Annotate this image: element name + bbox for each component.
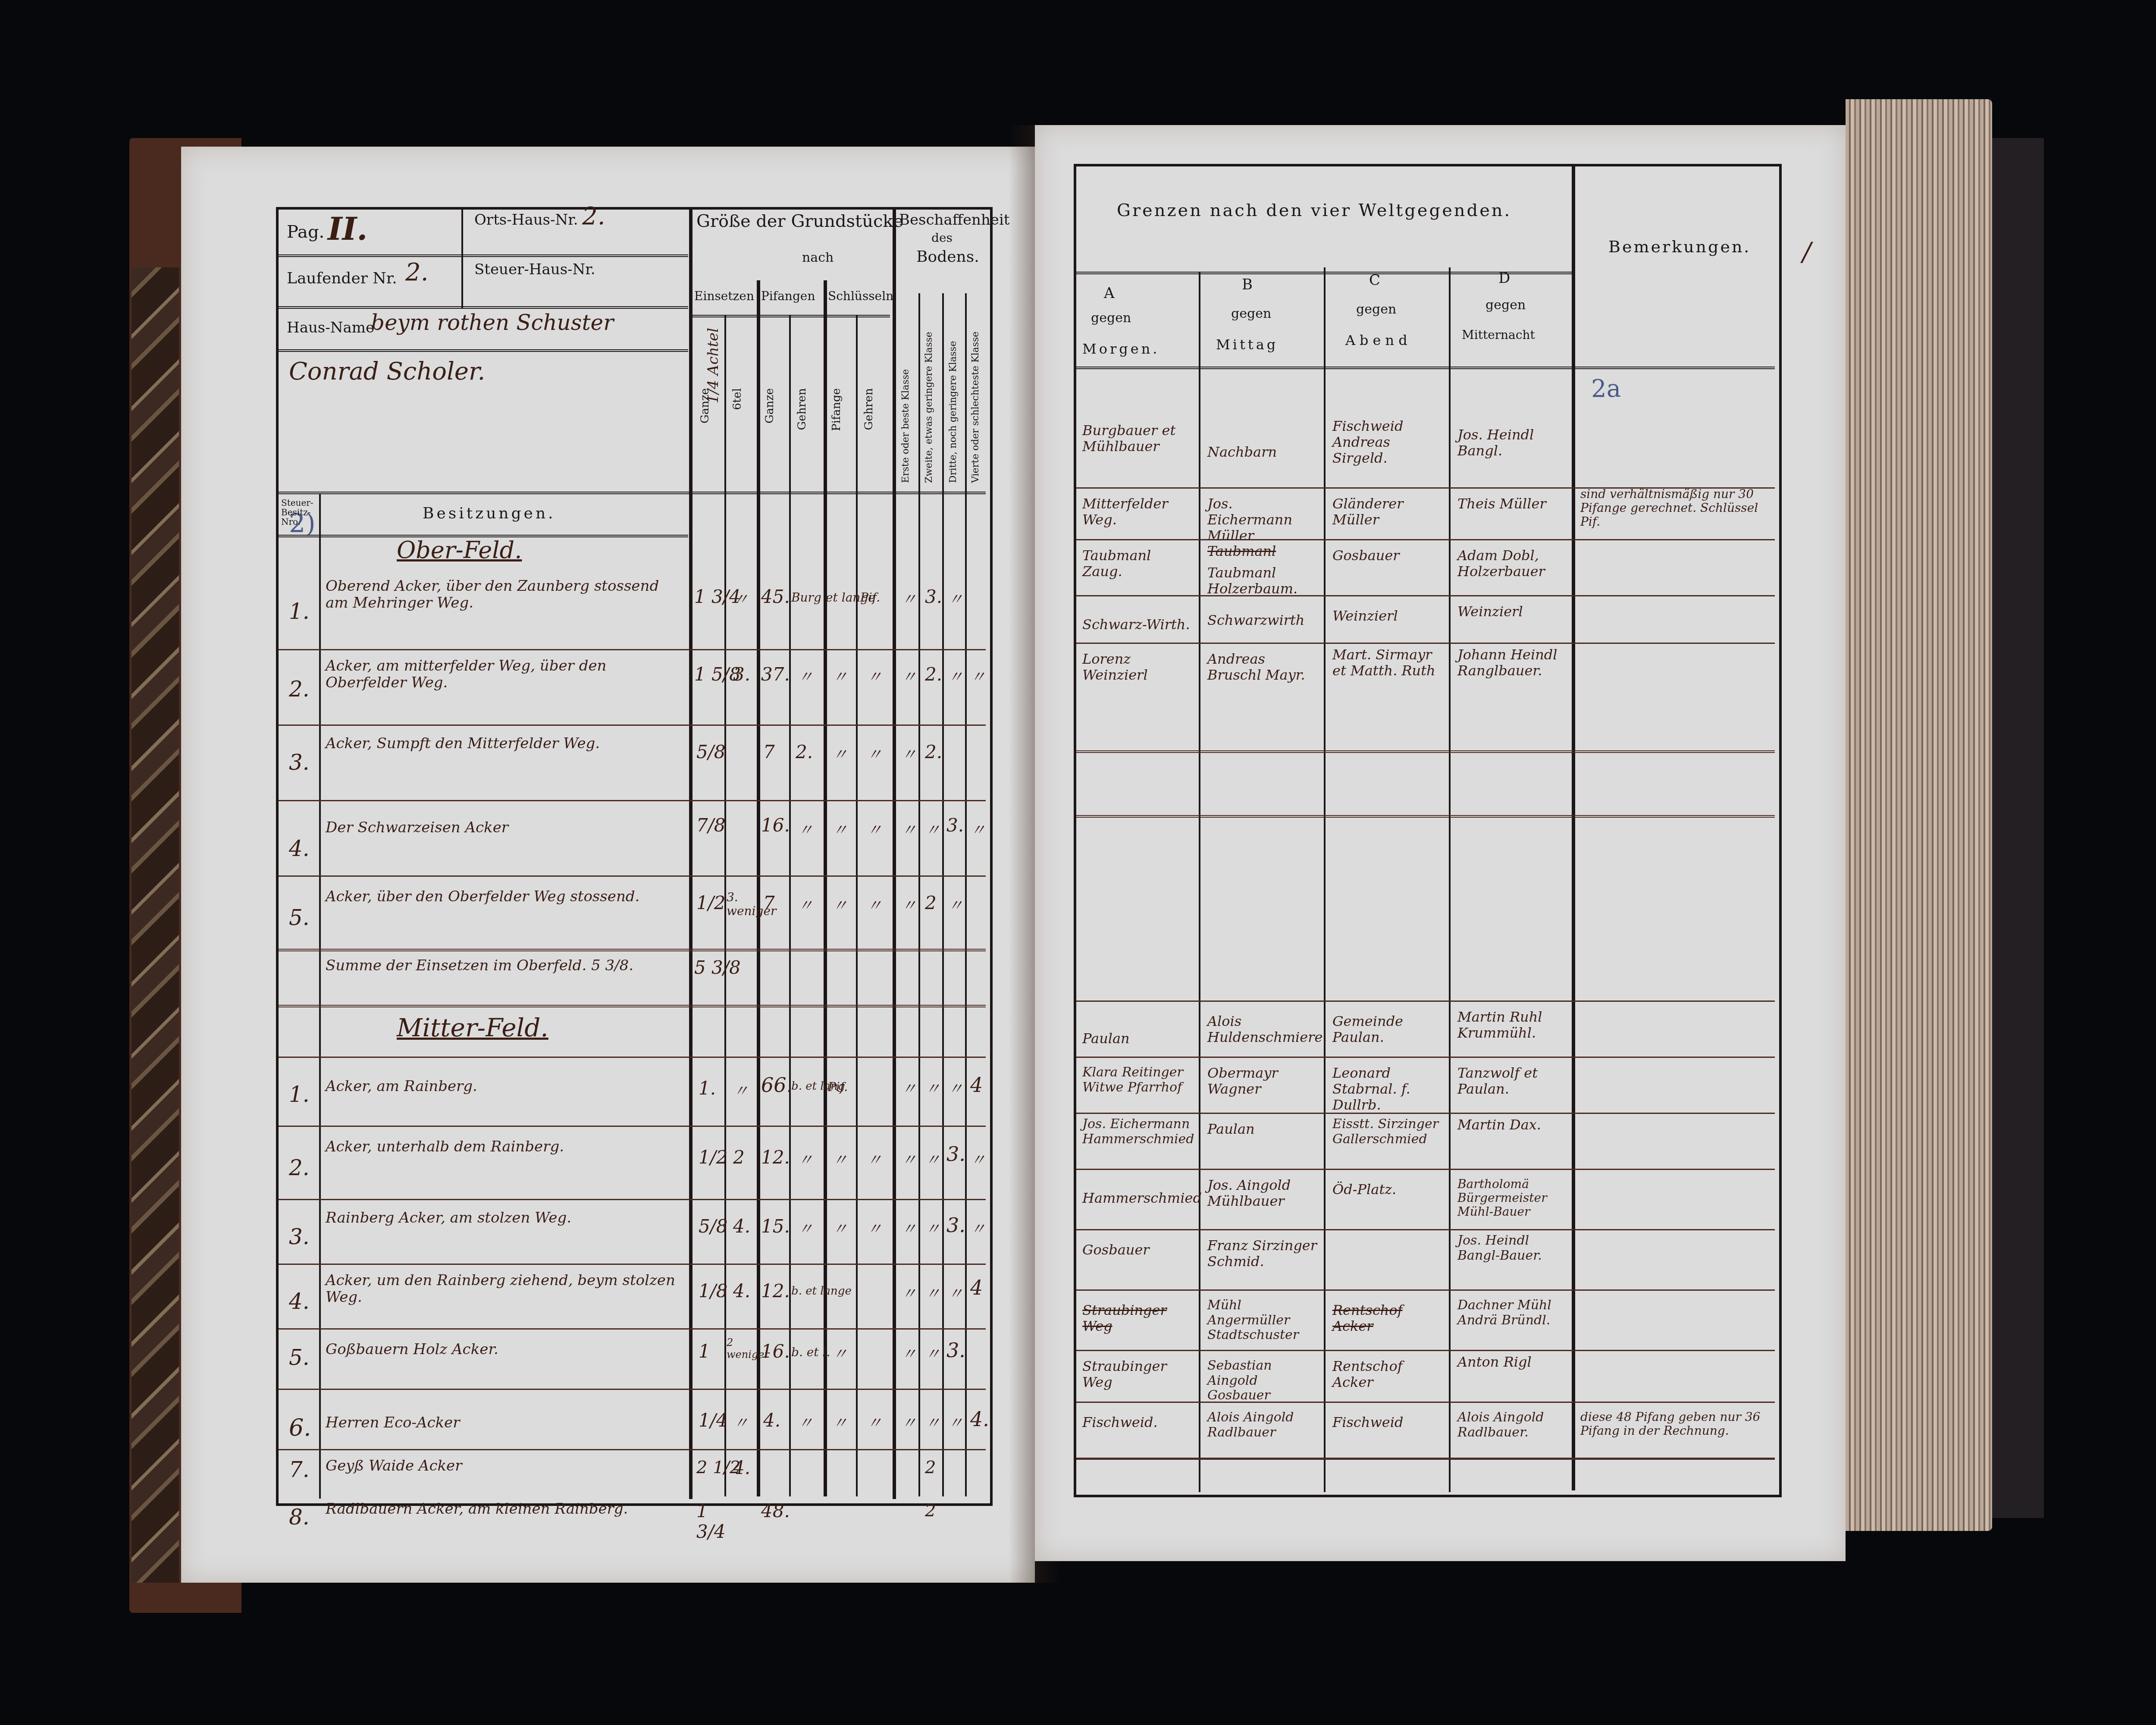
remark: diese 48 Pifang geben nur 36 Pifang in d… xyxy=(1580,1410,1770,1438)
row-rule xyxy=(1076,1000,1775,1002)
row-k2: 2. xyxy=(925,742,942,762)
soil-title-3: Bodens. xyxy=(916,248,979,266)
row-k1: 〃 xyxy=(901,1345,917,1363)
row-einsetzen: 1/8 xyxy=(699,1281,728,1302)
row-k2: 〃 xyxy=(925,1220,940,1238)
row-k1: 〃 xyxy=(901,591,917,608)
border-b: Mühl Angermüller Stadtschuster xyxy=(1207,1298,1319,1343)
laufender-nr-value: 2. xyxy=(405,259,428,286)
soil-class-1: Erste oder beste Klasse xyxy=(900,293,911,483)
row-k3: 3. xyxy=(946,815,964,836)
row-pif-ganze: 7 xyxy=(763,742,775,762)
header-divider xyxy=(279,306,688,309)
col-b-letter: B xyxy=(1242,276,1253,293)
haus-name-label: Haus-Name xyxy=(287,319,374,336)
group-pifangen: Pifangen xyxy=(761,289,815,303)
ganze-annotation: 1/4 Achtel xyxy=(705,328,722,404)
row-desc: Acker, um den Rainberg ziehend, beym sto… xyxy=(326,1272,683,1306)
row-k3: 〃 xyxy=(948,1414,963,1432)
border-b: Franz Sirzinger Schmid. xyxy=(1207,1238,1319,1270)
row-einsetzen: 1 3/4 xyxy=(696,1501,726,1543)
row-k1: 〃 xyxy=(901,1285,917,1303)
row-nr: 7. xyxy=(289,1458,310,1483)
row-pif-ganze: 4. xyxy=(763,1410,780,1431)
col-line xyxy=(1199,272,1200,1492)
row-pif-gehren: b. et l. xyxy=(791,1345,830,1359)
row-rule xyxy=(279,1264,986,1265)
border-b: Jos. Eichermann Müller xyxy=(1207,496,1319,543)
row-pif-ganze: 12. xyxy=(761,1147,790,1168)
border-b: Paulan xyxy=(1207,1121,1319,1137)
row-k2: 〃 xyxy=(925,1151,940,1169)
section-title-ober-feld: Ober-Feld. xyxy=(397,537,522,564)
row-pif-gehren: 〃 xyxy=(798,1220,813,1238)
row-sechstel: 4. xyxy=(733,1281,750,1302)
row-k1: 〃 xyxy=(901,1414,917,1432)
row-einsetzen: 7/8 xyxy=(696,815,726,836)
row-desc: Der Schwarzeisen Acker xyxy=(326,819,683,836)
row-schl-pif: 〃 xyxy=(832,897,848,915)
soil-class-3: Dritte, noch geringere Klasse xyxy=(948,293,959,483)
row-schl-pif: 〃 xyxy=(832,746,848,764)
row-schl-pif: 〃 xyxy=(832,822,848,839)
row-pif-ganze: 7 xyxy=(763,893,775,913)
row-einsetzen: 5/8 xyxy=(699,1216,728,1237)
row-einsetzen: 1/2 xyxy=(699,1147,728,1168)
row-pif-gehren: Burg xyxy=(791,591,821,605)
row-einsetzen: 5/8 xyxy=(696,742,726,762)
border-a: Schwarz-Wirth. xyxy=(1082,617,1194,633)
header-split xyxy=(461,210,463,309)
row-k4: 〃 xyxy=(970,1220,986,1238)
border-b: Sebastian Aingold Gosbauer xyxy=(1207,1358,1319,1403)
laufender-nr-label: Laufender Nr. xyxy=(287,270,397,287)
orts-haus-nr-value: 2. xyxy=(582,203,605,230)
row-rule xyxy=(1076,1458,1775,1460)
border-a-struck: Straubinger Weg xyxy=(1082,1302,1194,1334)
header-bottom-rule xyxy=(279,492,986,494)
row-schl-gehren: 〃 xyxy=(867,822,882,839)
row-k1: 〃 xyxy=(901,897,917,915)
row-rule xyxy=(279,724,986,726)
subheader-divider xyxy=(692,315,890,317)
border-c: Öd-Platz. xyxy=(1332,1182,1445,1198)
group-einsetzen: Einsetzen xyxy=(694,289,754,303)
subcol-ganze-2: Ganze xyxy=(763,388,776,423)
row-sechstel: 3. xyxy=(733,664,750,685)
row-rule xyxy=(279,1449,986,1450)
right-table-frame xyxy=(1074,164,1782,1497)
row-rule xyxy=(279,649,986,650)
haus-name-value: beym rothen Schuster xyxy=(371,310,614,336)
row-rule xyxy=(279,800,986,801)
section-title-mitter-feld: Mitter-Feld. xyxy=(397,1013,548,1042)
owner-name: Conrad Scholer. xyxy=(289,358,485,386)
border-b: Alois Aingold Radlbauer xyxy=(1207,1410,1319,1440)
subcol-gehren-1: Gehren xyxy=(796,388,808,430)
row-schl-pif: 〃 xyxy=(832,1220,848,1238)
row-rule xyxy=(1076,815,1775,818)
row-k3: 3. xyxy=(946,1339,965,1362)
row-rule xyxy=(279,949,986,951)
size-header-nach: nach xyxy=(802,250,834,265)
row-k2: 〃 xyxy=(925,1285,940,1303)
header-divider xyxy=(279,254,688,257)
row-nr: 3. xyxy=(289,1225,310,1250)
row-schl-pif: 〃 xyxy=(832,1345,848,1363)
row-k1: 〃 xyxy=(901,1220,917,1238)
row-desc: Radlbauern Acker, am kleinen Rainberg. xyxy=(326,1501,683,1518)
row-rule xyxy=(1076,1057,1775,1058)
row-k3: 〃 xyxy=(948,1285,963,1303)
row-rule xyxy=(279,1328,986,1330)
row-k2: 〃 xyxy=(925,822,940,839)
border-d: Johann Heindl Ranglbauer. xyxy=(1457,647,1570,679)
row-schl-pif: 〃 xyxy=(832,668,848,686)
border-b: Jos. Aingold Mühlbauer xyxy=(1207,1177,1319,1209)
row-nr: 4. xyxy=(289,1289,310,1314)
border-c: Gosbauer xyxy=(1332,548,1445,564)
row-rule xyxy=(279,1199,986,1200)
row-desc: Oberend Acker, über den Zaunberg stossen… xyxy=(326,578,683,612)
borders-title: Grenzen nach den vier Weltgegenden. xyxy=(1117,201,1511,220)
column-divider xyxy=(893,210,896,1499)
row-schl-gehren: 〃 xyxy=(867,668,882,686)
row-nr: 1. xyxy=(289,1082,310,1107)
row-k1: 〃 xyxy=(901,746,917,764)
row-k1: 〃 xyxy=(901,1151,917,1169)
row-nr: 1. xyxy=(289,599,310,624)
border-a: Burgbauer et Mühlbauer xyxy=(1082,423,1194,455)
row-k3: 〃 xyxy=(948,1080,963,1098)
row-schl-gehren: 〃 xyxy=(867,897,882,915)
col-b-dir: Mittag xyxy=(1216,336,1278,353)
border-c: Fischweid xyxy=(1332,1414,1445,1430)
row-rule xyxy=(1076,1289,1775,1291)
border-d: Tanzwolf et Paulan. xyxy=(1457,1065,1570,1097)
row-desc: Acker, unterhalb dem Rainberg. xyxy=(326,1138,683,1155)
border-b: Nachbarn xyxy=(1207,444,1319,460)
row-rule xyxy=(1076,1169,1775,1170)
col-line xyxy=(824,280,827,1496)
left-page: Pag. II. Orts-Haus-Nr. 2. Laufender Nr. … xyxy=(181,147,1035,1583)
row-rule xyxy=(1076,595,1775,596)
border-b: Andreas Bruschl Mayr. xyxy=(1207,651,1319,683)
col-a-dir: Morgen. xyxy=(1082,341,1160,357)
row-desc: Geyß Waide Acker xyxy=(326,1458,683,1474)
border-d: Bartholomä Bürgermeister Mühl-Bauer xyxy=(1457,1177,1570,1219)
row-k1: 〃 xyxy=(901,822,917,839)
row-k2: 〃 xyxy=(925,1414,940,1432)
row-rule xyxy=(279,875,986,877)
row-einsetzen: 1/2 xyxy=(696,893,726,913)
remarks-title: Bemerkungen. xyxy=(1608,237,1751,256)
border-d: Martin Ruhl Krummühl. xyxy=(1457,1009,1570,1041)
row-nr: 2. xyxy=(289,677,310,702)
border-a: Paulan xyxy=(1082,1031,1194,1047)
row-desc: Rainberg Acker, am stolzen Weg. xyxy=(326,1210,683,1226)
row-desc: Acker, Sumpft den Mitterfelder Weg. xyxy=(326,735,683,752)
row-nr: 8. xyxy=(289,1505,310,1530)
row-einsetzen: 1 xyxy=(699,1341,710,1362)
soil-title-1: Beschaffenheit xyxy=(899,211,1010,229)
col-line xyxy=(942,293,944,1496)
row-k3: 〃 xyxy=(948,668,963,686)
row-rule xyxy=(1076,643,1775,644)
row-sechstel: 4. xyxy=(733,1216,750,1237)
border-b: Alois Huldenschmiere. xyxy=(1207,1013,1319,1045)
row-schl-gehren: 〃 xyxy=(867,1151,882,1169)
row-schl-pif: Pif. xyxy=(828,1080,848,1094)
row-sechstel: 2 xyxy=(733,1147,745,1168)
besitzungen-header: Besitzungen. xyxy=(423,505,556,522)
row-rule xyxy=(1076,539,1775,540)
steuer-haus-nr-label: Steuer-Haus-Nr. xyxy=(474,261,595,278)
border-c: Leonard Stabrnal. f. Dullrb. xyxy=(1332,1065,1445,1113)
row-schl-gehren: 〃 xyxy=(867,1414,882,1432)
row-k2: 2. xyxy=(925,664,942,685)
border-a: Taubmanl Zaug. xyxy=(1082,548,1194,580)
row-nr: 3. xyxy=(289,750,310,775)
row-sechstel: 2 weniger xyxy=(727,1337,757,1361)
border-c: Fischweid Andreas Sirgeld. xyxy=(1332,418,1445,466)
col-line xyxy=(1324,267,1326,1492)
row-k3: 〃 xyxy=(948,591,963,608)
row-rule xyxy=(279,1057,986,1058)
row-schl-gehren: 〃 xyxy=(867,746,882,764)
row-schl-gehren: Pif. xyxy=(860,591,880,605)
row-k2: 〃 xyxy=(925,1345,940,1363)
row-pif-gehren: 〃 xyxy=(798,668,813,686)
row-desc: Acker, am Rainberg. xyxy=(326,1078,683,1095)
summary-einsetzen: 5 3/8 xyxy=(694,957,741,978)
remark: sind verhältnismäßig nur 30 Pifange gere… xyxy=(1580,487,1770,529)
border-c: Gemeinde Paulan. xyxy=(1332,1013,1445,1045)
row-k4: 〃 xyxy=(970,1151,986,1169)
marbled-cover-edge xyxy=(132,267,179,1583)
border-c: Gländerer Müller xyxy=(1332,496,1445,528)
row-sechstel: 〃 xyxy=(733,1082,749,1100)
row-schl-pif: 〃 xyxy=(832,1414,848,1432)
header-divider xyxy=(279,349,688,352)
row-pif-gehren: 〃 xyxy=(798,1151,813,1169)
row-k2: 3. xyxy=(925,586,942,607)
steuer-besitz-nro-header: Steuer-Besitz-Nro. xyxy=(281,498,316,527)
col-line xyxy=(789,315,791,1496)
border-c: Weinzierl xyxy=(1332,608,1445,624)
pag-label: Pag. xyxy=(287,222,324,242)
col-c-gegen: gegen xyxy=(1356,302,1396,317)
size-header-title: Größe der Grundstücke xyxy=(696,211,903,231)
border-d: Dachner Mühl Andrä Bründl. xyxy=(1457,1298,1570,1328)
header-bottom-rule xyxy=(1076,367,1775,369)
row-sechstel: 〃 xyxy=(733,591,749,608)
border-a: Straubinger Weg xyxy=(1082,1358,1194,1390)
row-sechstel: 〃 xyxy=(733,1414,749,1432)
row-pif-ganze: 66. xyxy=(761,1074,793,1097)
row-rule xyxy=(1076,1229,1775,1230)
row-pif-gehren: b. et lange xyxy=(791,1285,852,1298)
row-k2: 〃 xyxy=(925,1080,940,1098)
border-b: Obermayr Wagner xyxy=(1207,1065,1319,1097)
col-d-letter: D xyxy=(1498,270,1510,287)
row-sechstel: 3. weniger xyxy=(727,891,757,918)
row-k1: 〃 xyxy=(901,1080,917,1098)
border-c: Eisstt. Sirzinger Gallerschmied xyxy=(1332,1117,1445,1147)
row-schl-pif: 〃 xyxy=(832,1151,848,1169)
border-d: Theis Müller xyxy=(1457,496,1570,512)
col-d-gegen: gegen xyxy=(1485,298,1526,313)
soil-title-2: des xyxy=(931,231,953,245)
row-pif-ganze: 12. xyxy=(761,1281,790,1302)
border-c-struck: Rentschof Acker xyxy=(1332,1302,1445,1334)
border-d: Anton Rigl xyxy=(1457,1354,1570,1370)
row-pif-gehren: 〃 xyxy=(798,1414,813,1432)
col-line xyxy=(918,293,920,1496)
page-stack-edge xyxy=(1846,99,1992,1531)
row-k2: 2 xyxy=(925,1501,936,1521)
row-k2: 2 xyxy=(925,1458,936,1477)
row-k1: 〃 xyxy=(901,668,917,686)
border-a: Fischweid. xyxy=(1082,1414,1194,1430)
soil-class-2: Zweite, etwas geringere Klasse xyxy=(924,293,934,483)
row-schl-gehren: 〃 xyxy=(867,1220,882,1238)
border-d: Martin Dax. xyxy=(1457,1117,1570,1133)
border-d: Weinzierl xyxy=(1457,604,1570,620)
remarks-divider xyxy=(1572,166,1575,1490)
border-d: Jos. Heindl Bangl-Bauer. xyxy=(1457,1233,1570,1263)
border-b: Schwarzwirth xyxy=(1207,612,1319,628)
row-pif-ganze: 15. xyxy=(761,1216,790,1237)
row-desc: Herren Eco-Acker xyxy=(326,1414,683,1431)
col-c-dir: Abend xyxy=(1345,332,1412,348)
row-desc: Goßbauern Holz Acker. xyxy=(326,1341,683,1358)
margin-mark: / xyxy=(1802,237,1811,267)
col-c-letter: C xyxy=(1369,272,1380,289)
row-sechstel: 4. xyxy=(733,1458,750,1478)
row-einsetzen: 1. xyxy=(699,1078,716,1099)
col-line xyxy=(1449,267,1451,1492)
pencil-number-2a: 2a xyxy=(1591,375,1621,403)
border-a: Jos. Eichermann Hammerschmied xyxy=(1082,1117,1194,1147)
border-c: Mart. Sirmayr et Matth. Ruth xyxy=(1332,647,1445,679)
row-k3: 3. xyxy=(946,1143,965,1166)
row-k3: 〃 xyxy=(948,897,963,915)
col-a-letter: A xyxy=(1104,285,1115,302)
row-k2: 2 xyxy=(925,893,937,913)
row-rule xyxy=(1076,750,1775,753)
row-rule xyxy=(279,1005,986,1007)
row-rule xyxy=(1076,1350,1775,1351)
nr-column-line xyxy=(319,494,321,1499)
row-pif-gehren: 〃 xyxy=(798,822,813,839)
row-nr: 5. xyxy=(289,1345,310,1371)
row-nr: 5. xyxy=(289,906,310,931)
subcol-6tel: 6tel xyxy=(731,388,744,410)
row-pif-gehren: 〃 xyxy=(798,897,813,915)
border-a: Lorenz Weinzierl xyxy=(1082,651,1194,683)
row-nr: 6. xyxy=(289,1414,311,1441)
subcol-gehren-2: Gehren xyxy=(862,388,875,430)
col-line xyxy=(757,280,760,1496)
pag-value: II. xyxy=(328,211,367,247)
border-a: Klara Reitinger Witwe Pfarrhof xyxy=(1082,1065,1194,1095)
row-pif-ganze: 45. xyxy=(761,586,790,607)
border-d: Alois Aingold Radlbauer. xyxy=(1457,1410,1570,1440)
subcol-pifange: Pifange xyxy=(830,388,843,431)
col-a-gegen: gegen xyxy=(1091,310,1131,326)
column-divider xyxy=(689,210,693,1499)
row-nr: 4. xyxy=(289,837,310,862)
border-a: Hammerschmied xyxy=(1082,1190,1194,1206)
col-d-dir: Mitternacht xyxy=(1462,328,1535,342)
row-k3: 3. xyxy=(946,1214,965,1237)
row-k4: 4 xyxy=(970,1074,983,1097)
row-einsetzen: 1/4 xyxy=(699,1410,728,1431)
border-d: Adam Dobl, Holzerbauer xyxy=(1457,548,1570,580)
row-k4: 〃 xyxy=(970,668,986,686)
row-pif-ganze: 37. xyxy=(761,664,790,685)
soil-class-4: Vierte oder schlechteste Klasse xyxy=(970,293,981,483)
col-line xyxy=(965,293,967,1496)
col-b-gegen: gegen xyxy=(1231,306,1271,321)
row-desc: Acker, am mitterfelder Weg, über den Obe… xyxy=(326,658,683,691)
row-pif-ganze: 16. xyxy=(761,1341,790,1362)
row-pif-ganze: 48. xyxy=(761,1501,790,1521)
right-page: Grenzen nach den vier Weltgegenden. Beme… xyxy=(1035,125,1846,1561)
left-table-frame xyxy=(276,207,993,1506)
row-pif-ganze: 16. xyxy=(761,815,790,836)
orts-haus-nr-label: Orts-Haus-Nr. xyxy=(474,211,578,229)
row-k4: 4. xyxy=(970,1408,989,1431)
col-line xyxy=(856,315,858,1496)
border-a: Gosbauer xyxy=(1082,1242,1194,1258)
border-b: Taubmanl Holzerbaum. xyxy=(1207,565,1319,597)
row-k4: 〃 xyxy=(970,822,986,839)
border-c: Rentschof Acker xyxy=(1332,1358,1445,1390)
row-k4: 4 xyxy=(970,1276,983,1299)
row-rule xyxy=(1076,1402,1775,1403)
border-a: Mitterfelder Weg. xyxy=(1082,496,1194,528)
summary-text: Summe der Einsetzen im Oberfeld. 5 3/8. xyxy=(326,957,683,974)
row-rule xyxy=(279,1126,986,1127)
row-rule xyxy=(279,1389,986,1390)
group-schluesseln: Schlüsseln xyxy=(828,289,893,303)
border-d: Jos. Heindl Bangl. xyxy=(1457,427,1570,459)
row-nr: 2. xyxy=(289,1156,310,1181)
row-pif-gehren: 2. xyxy=(796,742,813,762)
border-b-struck: Taubmanl xyxy=(1207,543,1276,559)
row-rule xyxy=(1076,1113,1775,1114)
row-desc: Acker, über den Oberfelder Weg stossend. xyxy=(326,888,683,905)
